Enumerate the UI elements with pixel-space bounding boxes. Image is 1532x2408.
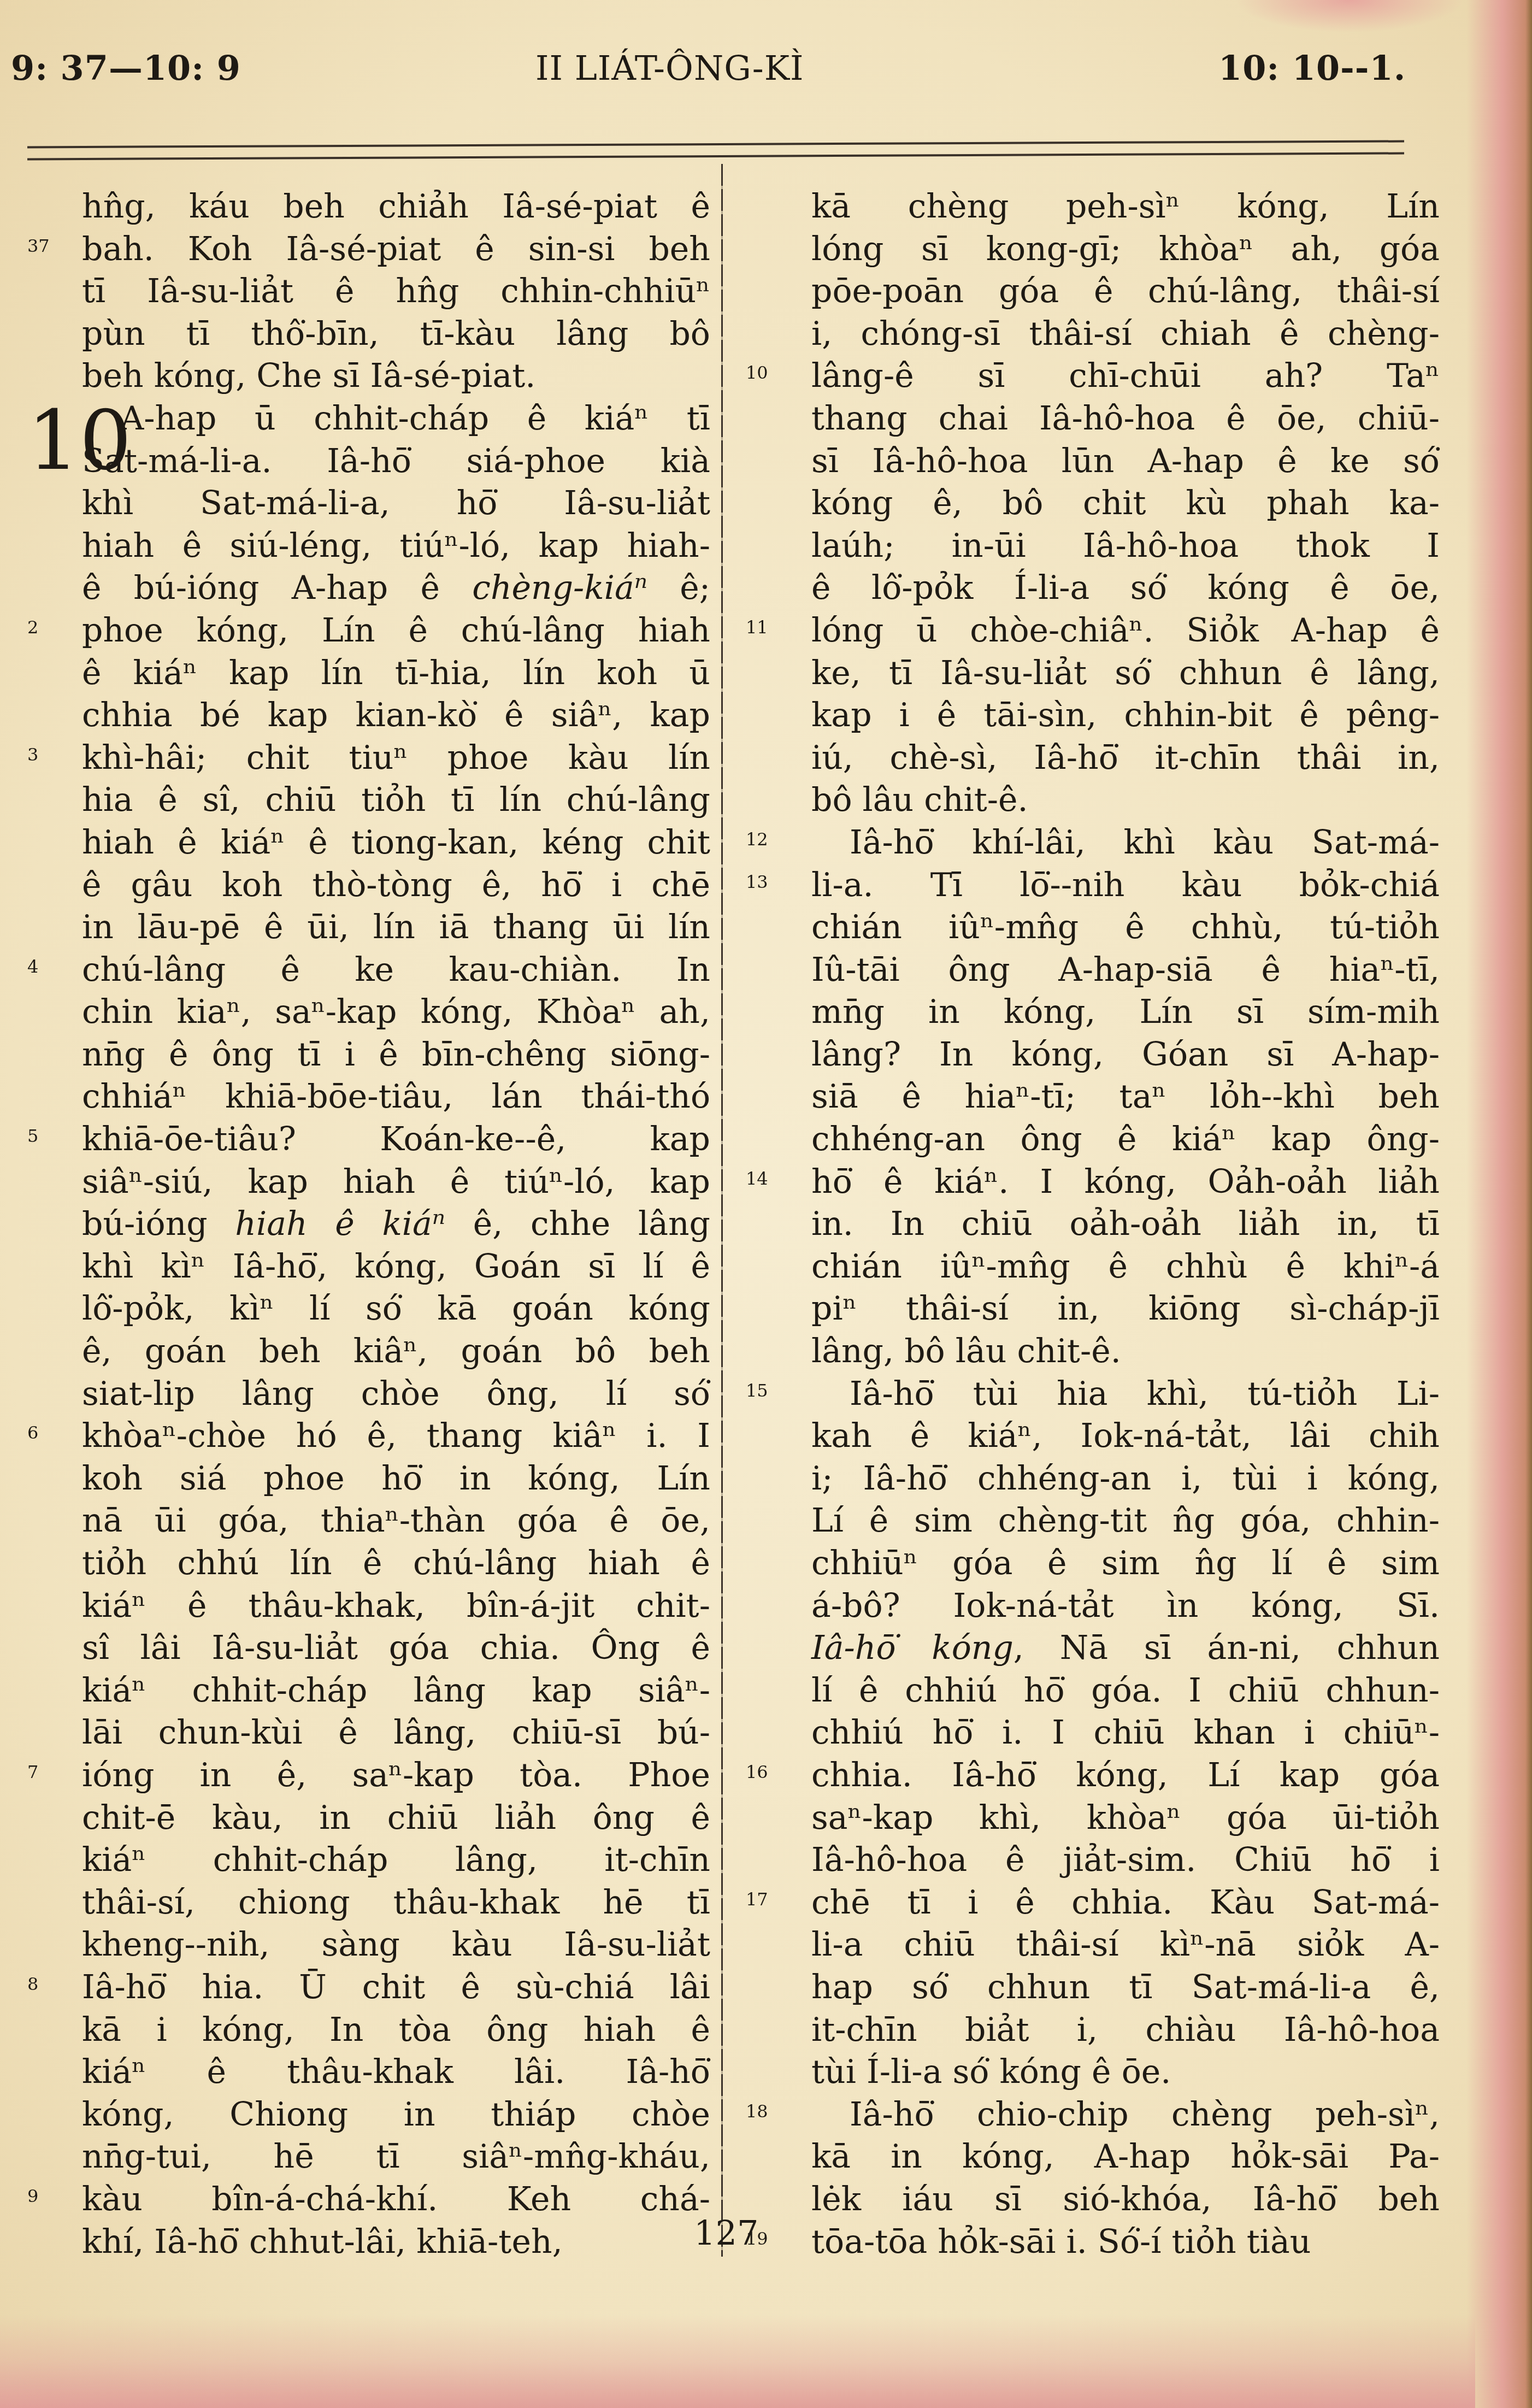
- text-line: it-chīn biảt i, chiàu Iâ-hô-hoa: [811, 2009, 1440, 2052]
- text-line: laúh; in-ūi Iâ-hô-hoa thok I: [811, 525, 1440, 568]
- text-line: tōa-tōa hỏk-sāi i. Só͘-í tiỏh tiàu19: [811, 2221, 1440, 2264]
- italic-text: chèng-kiáⁿ: [472, 569, 647, 607]
- text-line: chit-ē kàu, in chiū liảh ông ê: [82, 1797, 710, 1840]
- text-line: in lāu-pē ê ūi, lín iā thang ūi lín: [82, 906, 710, 949]
- text-line: lāi chun-kùi ê lâng, chiū-sī bú-: [82, 1712, 710, 1755]
- verse-number: 9: [27, 2175, 66, 2218]
- text-line: bú-ióng hiah ê kiáⁿ ê, chhe lâng: [82, 1203, 710, 1246]
- text-line: lí ê chhiú hō͘ góa. I chiū chhun-: [811, 1670, 1440, 1712]
- header-rule-bottom: [27, 152, 1404, 161]
- verse-number: 5: [27, 1115, 66, 1158]
- text-line: khiā-ōe-tiâu? Koán-ke--ê, kap5: [82, 1118, 710, 1161]
- header-verse-range-left: 9: 37—10: 9: [11, 48, 241, 88]
- text-line: hiah ê kiáⁿ ê tiong-kan, kéng chit: [82, 822, 710, 864]
- verse-number: 14: [746, 1158, 784, 1200]
- verse-number: 4: [27, 946, 66, 988]
- right-text-column: kā chèng peh-sìⁿ kóng, Línlóng sī kong-g…: [811, 186, 1440, 2263]
- text-line: kóng, Chiong in thiáp chòe: [82, 2094, 710, 2136]
- text-line: Iâ-hō͘ chio-chip chèng peh-sìⁿ,18: [811, 2094, 1440, 2136]
- text-line: hn̂g, káu beh chiảh Iâ-sé-piat ê: [82, 186, 710, 228]
- text-line: chhia. Iâ-hō͘ kóng, Lí kap góa16: [811, 1755, 1440, 1797]
- text-line: pùn tī thô͘-bīn, tī-kàu lâng bô: [82, 313, 710, 356]
- text-line: chú-lâng ê ke kau-chiàn. In4: [82, 949, 710, 992]
- text-line: lâng-ê sī chī-chūi ah? Taⁿ10: [811, 355, 1440, 398]
- text-line: lėk iáu sī sió-khóa, Iâ-hō͘ beh: [811, 2179, 1440, 2221]
- verse-number: 12: [746, 819, 784, 861]
- text-line: chhiūⁿ góa ê sim n̂g lí ê sim: [811, 1542, 1440, 1585]
- header-verse-range-right: 10: 10--1.: [1218, 48, 1406, 88]
- verse-number: 6: [27, 1412, 66, 1455]
- text-line: chhiáⁿ khiā-bōe-tiâu, lán thái-thó: [82, 1076, 710, 1118]
- verse-number: 8: [27, 1963, 66, 2006]
- text-line: kā i kóng, In tòa ông hiah ê: [82, 2009, 710, 2052]
- text-line: bô lâu chit-ê.: [811, 779, 1440, 822]
- text-line: phoe kóng, Lín ê chú-lâng hiah2: [82, 610, 710, 652]
- text-line: tùi Í-li-a só͘ kóng ê ōe.: [811, 2051, 1440, 2094]
- text-line: hiah ê siú-léng, tiúⁿ-ló, kap hiah-: [82, 525, 710, 568]
- header-book-title: II LIÁT-ÔNG-KÌ: [535, 48, 804, 88]
- text-line: ê bú-ióng A-hap ê chèng-kiáⁿ ê;: [82, 567, 710, 610]
- text-line: tī Iâ-su-liảt ê hn̂g chhin-chhiūⁿ: [82, 270, 710, 313]
- verse-number: 15: [746, 1370, 784, 1412]
- verse-number: 2: [27, 607, 66, 649]
- text-line: Iâ-hō͘ khí-lâi, khì kàu Sat-má-12: [811, 822, 1440, 864]
- text-line: lóng ū chòe-chiâⁿ. Siỏk A-hap ê11: [811, 610, 1440, 652]
- page-edge-stain: [1466, 0, 1532, 2408]
- verse-number: 7: [27, 1751, 66, 1794]
- left-text-column: hn̂g, káu beh chiảh Iâ-sé-piat êbah. Koh…: [82, 186, 710, 2263]
- text-line: sī Iâ-hô-hoa lūn A-hap ê ke só͘: [811, 440, 1440, 483]
- text-line: Iâ-hô-hoa ê jiảt-sim. Chiū hō͘ i: [811, 1839, 1440, 1882]
- text-line: khì-hâi; chit tiuⁿ phoe kàu lín3: [82, 737, 710, 780]
- text-line: li-a. Tī lō͘--nih kàu bỏk-chiá13: [811, 864, 1440, 907]
- text-line: hia ê sî, chiū tiỏh tī lín chú-lâng: [82, 779, 710, 822]
- italic-text: hiah ê kiáⁿ: [235, 1205, 445, 1243]
- text-line: in. In chiū oảh-oảh liảh in, tī: [811, 1203, 1440, 1246]
- text-line: kóng ê, bô chit kù phah ka-: [811, 482, 1440, 525]
- top-stain: [1235, 0, 1464, 33]
- text-line: kā in kóng, A-hap hỏk-sāi Pa-: [811, 2136, 1440, 2179]
- column-divider: [721, 164, 723, 2257]
- text-line: kiáⁿ chhit-cháp lâng kap siâⁿ-: [82, 1670, 710, 1712]
- verse-number: 17: [746, 1879, 784, 1921]
- text-line: chián iûⁿ-mn̂g ê chhù ê khiⁿ-á: [811, 1246, 1440, 1288]
- text-line: Iâ-hō͘ hia. Ū chit ê sù-chiá lâi8: [82, 1967, 710, 2009]
- text-line: Iâ-hō͘ kóng, Nā sī án-ni, chhun: [811, 1627, 1440, 1670]
- verse-number: 11: [746, 607, 784, 649]
- text-line: nā ūi góa, thiaⁿ-thàn góa ê ōe,: [82, 1500, 710, 1542]
- verse-number: 13: [746, 861, 784, 904]
- text-line: lâng, bô lâu chit-ê.: [811, 1330, 1440, 1373]
- text-line: á-bô? Iok-ná-tảt ìn kóng, Sī.: [811, 1585, 1440, 1628]
- text-line: ke, tī Iâ-su-liảt só͘ chhun ê lâng,: [811, 652, 1440, 695]
- bottom-stain: [0, 2315, 1475, 2408]
- text-line: ê, goán beh kiâⁿ, goán bô beh: [82, 1330, 710, 1373]
- text-line: beh kóng, Che sī Iâ-sé-piat.: [82, 355, 710, 398]
- text-line: kheng--nih, sàng kàu Iâ-su-liảt: [82, 1924, 710, 1967]
- text-line: ê kiáⁿ kap lín tī-hia, lín koh ū: [82, 652, 710, 695]
- text-line: ê gâu koh thò-tòng ê, hō͘ i chē: [82, 864, 710, 907]
- page-number: 127: [694, 2213, 758, 2253]
- verse-number: 10: [746, 352, 784, 395]
- verse-number: 18: [746, 2091, 784, 2133]
- text-line: piⁿ thâi-sí in, kiōng sì-cháp-jī: [811, 1288, 1440, 1330]
- text-line: siat-lip lâng chòe ông, lí só͘: [82, 1373, 710, 1416]
- header-rule-top: [27, 140, 1404, 149]
- text-line: khì Sat-má-li-a, hō͘ Iâ-su-liảt: [82, 482, 710, 525]
- text-line: kàu bîn-á-chá-khí. Keh chá-9: [82, 2179, 710, 2221]
- text-line: i; Iâ-hō͘ chhéng-an i, tùi i kóng,: [811, 1458, 1440, 1500]
- text-line: mn̄g in kóng, Lín sī sím-mih: [811, 991, 1440, 1034]
- text-line: pōe-poān góa ê chú-lâng, thâi-sí: [811, 270, 1440, 313]
- running-header: 9: 37—10: 9 II LIÁT-ÔNG-KÌ 10: 10--1.: [11, 48, 1410, 92]
- text-line: Lí ê sim chèng-tit n̂g góa, chhin-: [811, 1500, 1440, 1542]
- text-line: chhiú hō͘ i. I chiū khan i chiūⁿ-: [811, 1712, 1440, 1755]
- text-line: bah. Koh Iâ-sé-piat ê sin-si beh37: [82, 228, 710, 271]
- text-line: thâi-sí, chiong thâu-khak hē tī: [82, 1882, 710, 1924]
- text-line: Iâ-hō͘ tùi hia khì, tú-tiỏh Li-15: [811, 1373, 1440, 1416]
- text-line: kap i ê tāi-sìn, chhin-bit ê pêng-: [811, 694, 1440, 737]
- text-line: nn̄g ê ông tī i ê bīn-chêng siōng-: [82, 1034, 710, 1076]
- text-line: ê lô͘-pỏk Í-li-a só͘ kóng ê ōe,: [811, 567, 1440, 610]
- text-line: ióng in ê, saⁿ-kap tòa. Phoe7: [82, 1755, 710, 1797]
- text-line: chē tī i ê chhia. Kàu Sat-má-17: [811, 1882, 1440, 1924]
- text-line: A-hap ū chhit-cháp ê kiáⁿ tī10: [82, 398, 710, 440]
- text-line: nn̄g-tui, hē tī siâⁿ-mn̂g-kháu,: [82, 2136, 710, 2179]
- text-line: kiáⁿ chhit-cháp lâng, it-chīn: [82, 1839, 710, 1882]
- text-line: kah ê kiáⁿ, Iok-ná-tảt, lâi chih: [811, 1415, 1440, 1458]
- text-line: lô͘-pỏk, kìⁿ lí só͘ kā goán kóng: [82, 1288, 710, 1330]
- text-line: khì kìⁿ Iâ-hō͘, kóng, Goán sī lí ê: [82, 1246, 710, 1288]
- text-line: lâng? In kóng, Góan sī A-hap-: [811, 1034, 1440, 1076]
- verse-number: 3: [27, 734, 66, 776]
- text-line: thang chai Iâ-hô-hoa ê ōe, chiū-: [811, 398, 1440, 440]
- text-line: chhéng-an ông ê kiáⁿ kap ông-: [811, 1118, 1440, 1161]
- text-line: hap só͘ chhun tī Sat-má-li-a ê,: [811, 1967, 1440, 2009]
- text-line: li-a chiū thâi-sí kìⁿ-nā siỏk A-: [811, 1924, 1440, 1967]
- text-line: saⁿ-kap khì, khòaⁿ góa ūi-tiỏh: [811, 1797, 1440, 1840]
- text-line: siâⁿ-siú, kap hiah ê tiúⁿ-ló, kap: [82, 1161, 710, 1204]
- text-line: kiáⁿ ê thâu-khak lâi. Iâ-hō͘: [82, 2051, 710, 2094]
- text-line: Iû-tāi ông A-hap-siā ê hiaⁿ-tī,: [811, 949, 1440, 992]
- text-line: tiỏh chhú lín ê chú-lâng hiah ê: [82, 1542, 710, 1585]
- text-line: chián iûⁿ-mn̂g ê chhù, tú-tiỏh: [811, 906, 1440, 949]
- text-line: koh siá phoe hō͘ in kóng, Lín: [82, 1458, 710, 1500]
- book-page: 9: 37—10: 9 II LIÁT-ÔNG-KÌ 10: 10--1. hn…: [0, 0, 1532, 2408]
- verse-number: 37: [27, 225, 66, 268]
- italic-text: Iâ-hō͘ kóng: [811, 1629, 1014, 1667]
- text-line: i, chóng-sī thâi-sí chiah ê chèng-: [811, 313, 1440, 356]
- text-line: hō͘ ê kiáⁿ. I kóng, Oảh-oảh liảh14: [811, 1161, 1440, 1204]
- text-line: chhia bé kap kian-kò͘ ê siâⁿ, kap: [82, 694, 710, 737]
- text-line: siā ê hiaⁿ-tī; taⁿ lỏh--khì beh: [811, 1076, 1440, 1118]
- text-line: khòaⁿ-chòe hó ê, thang kiâⁿ i. I6: [82, 1415, 710, 1458]
- text-line: khí, Iâ-hō͘ chhut-lâi, khiā-teh,: [82, 2221, 710, 2264]
- text-line: lóng sī kong-gī; khòaⁿ ah, góa: [811, 228, 1440, 271]
- text-line: chin kiaⁿ, saⁿ-kap kóng, Khòaⁿ ah,: [82, 991, 710, 1034]
- text-line: kā chèng peh-sìⁿ kóng, Lín: [811, 186, 1440, 228]
- verse-number: 16: [746, 1751, 784, 1794]
- text-line: sî lâi Iâ-su-liảt góa chia. Ông ê: [82, 1627, 710, 1670]
- text-line: kiáⁿ ê thâu-khak, bîn-á-jit chit-: [82, 1585, 710, 1628]
- text-line: iú, chè-sì, Iâ-hō͘ it-chīn thâi in,: [811, 737, 1440, 780]
- text-line: Sat-má-li-a. Iâ-hō͘ siá-phoe kià: [82, 440, 710, 483]
